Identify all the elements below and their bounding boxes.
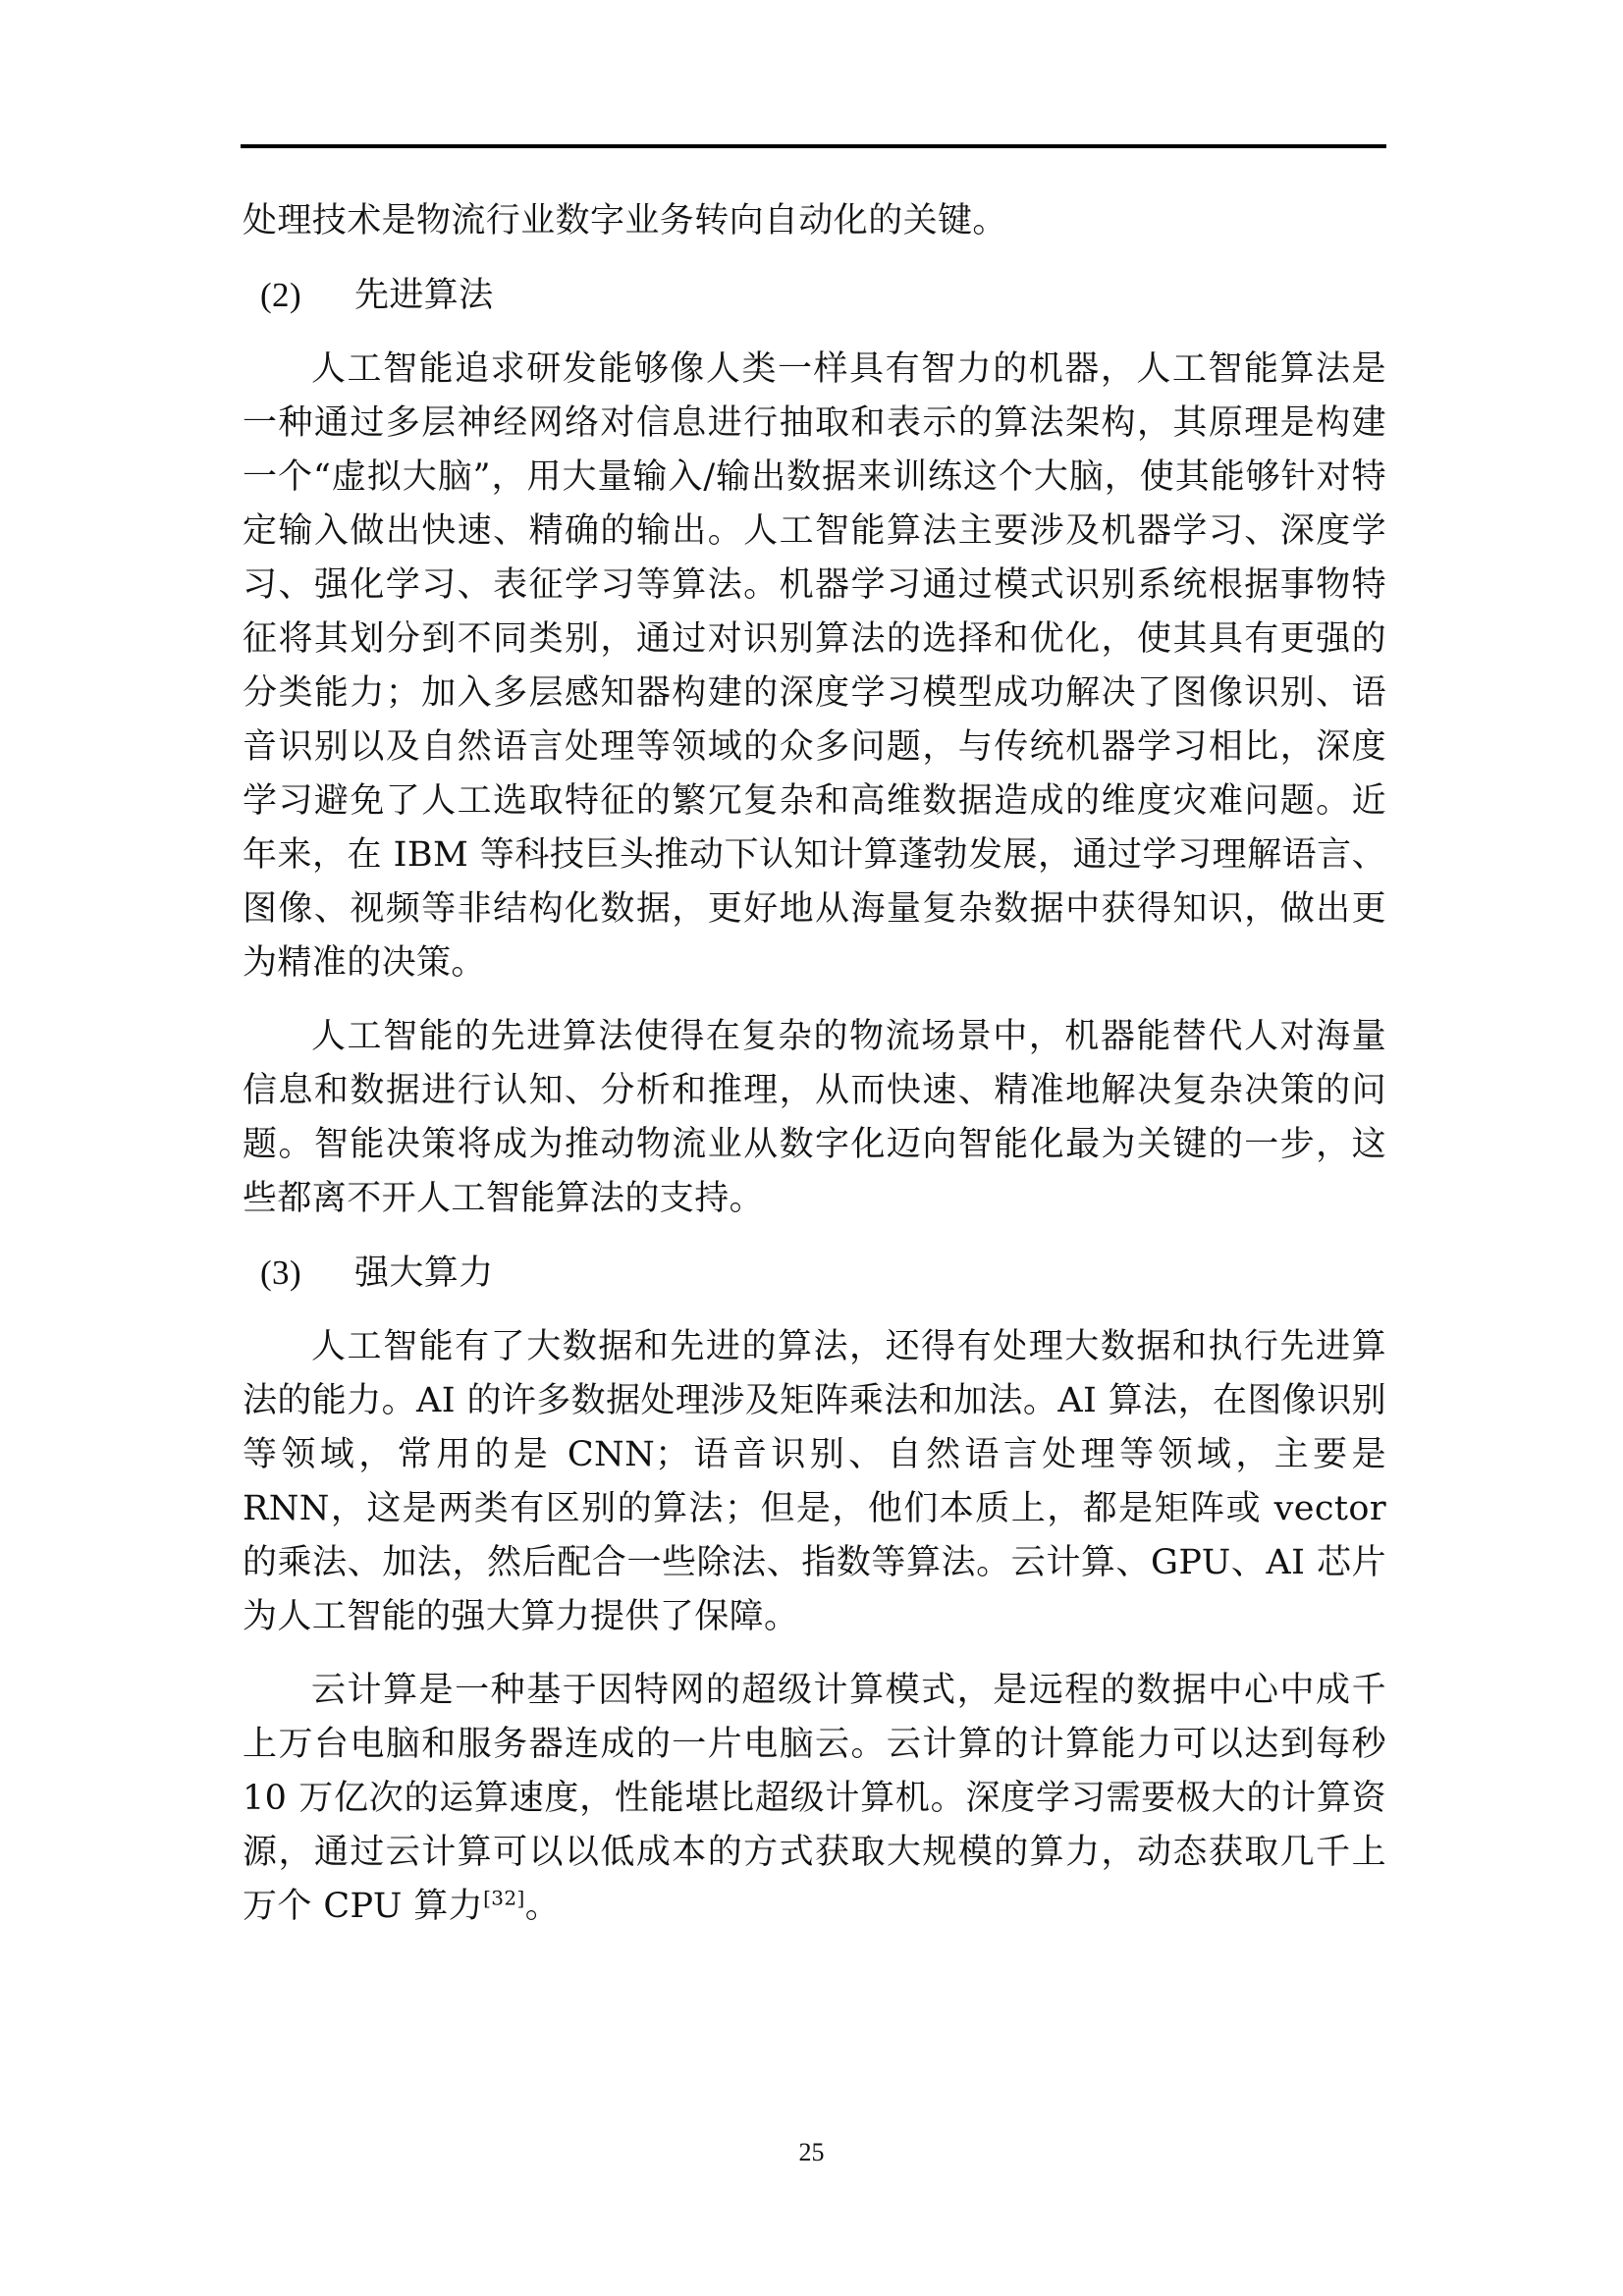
section-heading-advanced-algorithms: (2)先进算法 xyxy=(243,268,1386,323)
paragraph-cloud-computing: 云计算是一种基于因特网的超级计算模式，是远程的数据中心中成千上万台电脑和服务器连… xyxy=(243,1664,1386,1934)
section-title: 强大算力 xyxy=(354,1254,494,1293)
section-title: 先进算法 xyxy=(354,276,494,315)
page-number: 25 xyxy=(0,2138,1623,2167)
paragraph-tail: 。 xyxy=(525,1887,560,1926)
page-body: 处理技术是物流行业数字业务转向自动化的关键。 (2)先进算法 人工智能追求研发能… xyxy=(243,194,1386,1934)
section-number: (3) xyxy=(260,1246,354,1300)
section-number: (2) xyxy=(260,268,354,322)
section-heading-computing-power: (3)强大算力 xyxy=(243,1246,1386,1301)
paragraph-text: 云计算是一种基于因特网的超级计算模式，是远程的数据中心中成千上万台电脑和服务器连… xyxy=(243,1671,1386,1926)
paragraph-ai-algorithms: 人工智能追求研发能够像人类一样具有智力的机器，人工智能算法是一种通过多层神经网络… xyxy=(243,343,1386,990)
citation-reference[interactable]: [32] xyxy=(483,1886,525,1909)
header-rule xyxy=(241,144,1386,148)
paragraph-continuation: 处理技术是物流行业数字业务转向自动化的关键。 xyxy=(243,194,1386,248)
paragraph-algorithm-logistics: 人工智能的先进算法使得在复杂的物流场景中，机器能替代人对海量信息和数据进行认知、… xyxy=(243,1010,1386,1226)
paragraph-computing-power: 人工智能有了大数据和先进的算法，还得有处理大数据和执行先进算法的能力。AI 的许… xyxy=(243,1320,1386,1644)
